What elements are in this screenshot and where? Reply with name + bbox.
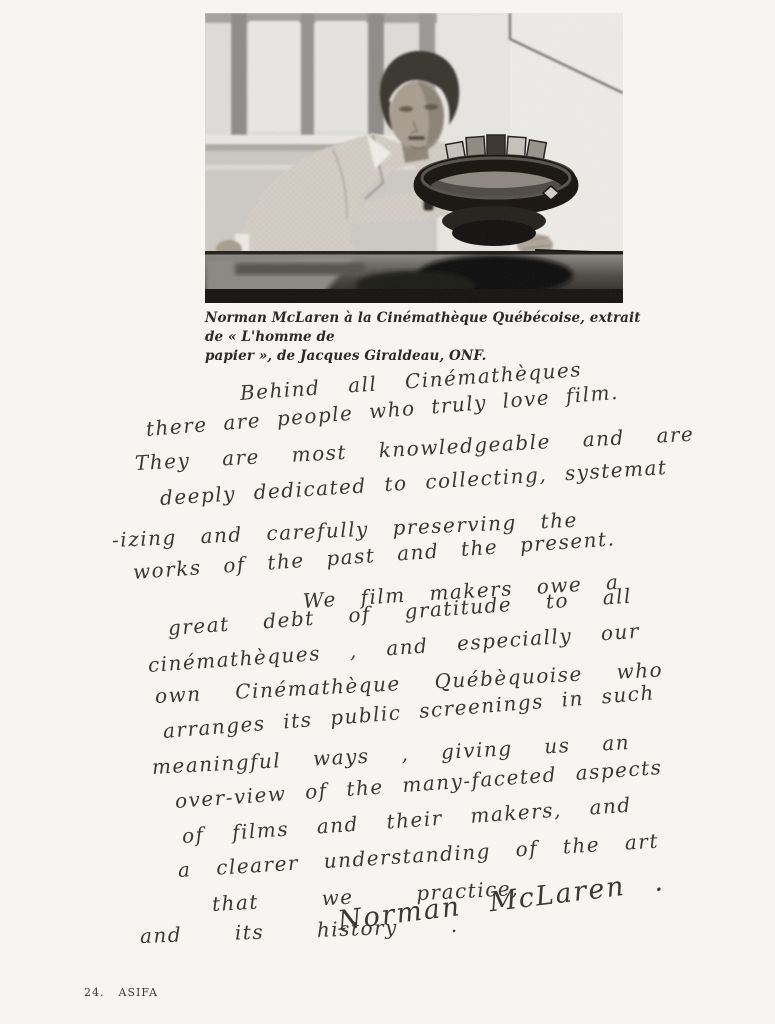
- handwriting-line: deeply dedicated to collecting, systemat: [159, 455, 668, 510]
- handwriting-line: of films and their makers, and: [181, 793, 632, 848]
- handwriting-line: there are people who truly love film.: [145, 380, 620, 441]
- handwriting-line: works of the past and the present.: [132, 526, 616, 584]
- caption-line-1: Norman McLaren à la Cinémathèque Québéco…: [205, 310, 641, 345]
- handwriting-line: cinémathèques , and especially our: [147, 619, 640, 677]
- handwriting-line: They are most knowledgeable and are: [134, 422, 694, 475]
- handwriting-line: over-view of the many-faceted aspects: [174, 755, 663, 813]
- footer-journal-name: ASIFA: [119, 986, 158, 999]
- page-footer: 24.ASIFA: [84, 986, 158, 999]
- handwriting-line: own Cinémathèque Québèquoise who: [154, 657, 663, 708]
- handwriting-line: We film makers owe a: [302, 570, 620, 613]
- handwriting-line: that we practice,: [211, 876, 519, 916]
- handwriting-line: -izing and carefully preserving the: [111, 508, 578, 552]
- signature-norman-mclaren: Norman McLaren .: [336, 866, 666, 937]
- handwriting-line: a clearer understanding of the art: [177, 829, 659, 882]
- handwriting-line: arranges its public screenings in such: [162, 680, 656, 743]
- photo-grain-overlay: [205, 13, 623, 303]
- photo-canvas: [205, 13, 623, 303]
- handwriting-line: and its history .: [140, 913, 459, 948]
- scanned-page: Norman McLaren à la Cinémathèque Québéco…: [0, 0, 775, 1024]
- caption-line-2: papier », de Jacques Giraldeau, ONF.: [205, 348, 486, 364]
- handwriting-line: meaningful ways , giving us an: [151, 730, 630, 779]
- photo-caption: Norman McLaren à la Cinémathèque Québéco…: [205, 309, 655, 366]
- page-number: 24.: [84, 986, 105, 999]
- photo-norman-mclaren: [205, 13, 623, 303]
- handwriting-line: great debt of gratitude to all: [167, 584, 632, 640]
